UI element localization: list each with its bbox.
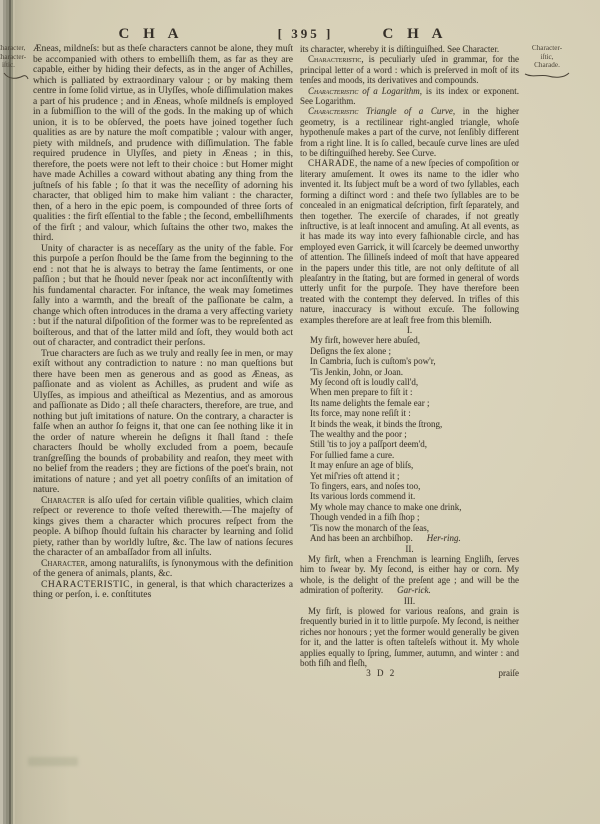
signature-mark: 3 D 2: [282, 668, 481, 678]
binding-edge: [0, 0, 15, 824]
charade-heading: I.: [300, 325, 519, 335]
paragraph: Characteristic of a Logarithm, is its in…: [300, 86, 519, 107]
paragraph-text: the name of a new ſpecies of compoſition…: [300, 158, 519, 324]
paragraph-lead: CHARACTERISTIC,: [41, 579, 133, 590]
poem-line: And has been an archbiſhop.Her-ring.: [310, 533, 519, 543]
page-footer: 3 D 2 praiſe: [300, 668, 519, 678]
ink-smudge: [28, 757, 78, 766]
margin-note-line: Charade.: [521, 61, 573, 70]
poem-line-text: And has been an archbiſhop.: [310, 533, 413, 543]
paragraph-lead: Triangle of a Curve,: [358, 106, 455, 116]
poem-line: When men prepare to fiſt it :: [310, 387, 519, 397]
catchword: praiſe: [499, 668, 520, 678]
margin-note-right: Character- iſtic, Charade.: [521, 44, 573, 80]
paragraph: Characteristic, is peculiarly uſed in gr…: [300, 54, 519, 85]
charade-heading: II.: [300, 544, 519, 554]
charade-poem: My firſt, however here abuſed, Deſigns t…: [300, 335, 519, 543]
poem-line: It may enſure an age of bliſs,: [310, 460, 519, 470]
paragraph-lead: Character: [41, 495, 85, 506]
paragraph: Characteristic Triangle of a Curve, in t…: [300, 106, 519, 158]
paragraph-text: its character, whereby it is diſtinguiſh…: [300, 44, 499, 54]
left-column: Æneas, mildneſs: but as theſe characters…: [33, 44, 293, 601]
paragraph: CHARADE, the name of a new ſpecies of co…: [300, 158, 519, 325]
poem-line: Yet miſ'ries oft attend it ;: [310, 471, 519, 481]
paragraph-text: Unity of character is as neceſſary as th…: [33, 243, 293, 349]
page-number: [ 395 ]: [258, 26, 353, 42]
poem-line: To fingers, ears, and noſes too,: [310, 481, 519, 491]
margin-note-left: Character, Character- iſtic.: [0, 44, 30, 81]
paragraph: True characters are ſuch as we truly and…: [33, 349, 293, 496]
poem-line: My ſecond oft is loudly call'd,: [310, 377, 519, 387]
margin-note-line: Character-: [0, 53, 30, 62]
brace-icon: [2, 71, 29, 81]
paragraph: Character, among naturaliſts, is ſynonym…: [33, 559, 293, 580]
paragraph-lead: of a Logarithm,: [358, 86, 422, 96]
poem-line: Its various lords commend it.: [310, 491, 519, 501]
paragraph: My firſt, is plowed for various reaſons,…: [300, 606, 519, 668]
paragraph-lead: CHARADE,: [308, 158, 358, 168]
paragraph: Character is alſo uſed for certain viſib…: [33, 496, 293, 559]
right-column: its character, whereby it is diſtinguiſh…: [300, 44, 519, 679]
paragraph-text: My firſt, is plowed for various reaſons,…: [300, 606, 519, 668]
poem-line: My whole may chance to make one drink,: [310, 502, 519, 512]
paragraph-lead: Character,: [41, 558, 88, 569]
margin-note-line: Character,: [0, 44, 30, 53]
paragraph-text: True characters are ſuch as we truly and…: [33, 348, 293, 496]
poem-line: In Cambria, ſuch is cuſtom's pow'r,: [310, 356, 519, 366]
margin-note-line: Character-: [521, 44, 573, 53]
poem-line: The wealthy and the poor ;: [310, 429, 519, 439]
poem-line: 'Tis now the monarch of the ſeas,: [310, 523, 519, 533]
running-title-left: C H A: [86, 26, 216, 43]
paragraph-lead: Characteristic: [308, 86, 358, 96]
charade-heading: III.: [300, 596, 519, 606]
charade-answer: Her-ring.: [427, 533, 461, 543]
paragraph-lead: Characteristic,: [308, 54, 364, 64]
poem-line: For ſullied fame a cure.: [310, 450, 519, 460]
margin-note-line: iſtic.: [2, 61, 30, 70]
paragraph-text: Æneas, mildneſs: but as theſe characters…: [33, 43, 293, 243]
poem-line: 'Tis Jenkin, John, or Joan.: [310, 367, 519, 377]
poem-line: Still 'tis to joy a paſſport deem'd,: [310, 439, 519, 449]
paragraph: its character, whereby it is diſtinguiſh…: [300, 44, 519, 54]
charade-answer: Gar-rick.: [397, 585, 431, 595]
brace-icon: [523, 71, 571, 80]
page-header: C H A [ 395 ] C H A: [0, 26, 600, 44]
book-page: C H A [ 395 ] C H A Character, Character…: [0, 0, 600, 824]
poem-line: My firſt, however here abuſed,: [310, 335, 519, 345]
paragraph: Unity of character is as neceſſary as th…: [33, 244, 293, 349]
poem-line: It binds the weak, it binds the ſtrong,: [310, 419, 519, 429]
poem-line: Its force, may none reſiſt it :: [310, 408, 519, 418]
paragraph-text: is alſo uſed for certain viſible qualiti…: [33, 495, 293, 559]
paragraph: CHARACTERISTIC, in general, is that whic…: [33, 580, 293, 601]
poem-line: Its name delights the female ear ;: [310, 398, 519, 408]
paragraph: Æneas, mildneſs: but as theſe characters…: [33, 44, 293, 244]
margin-note-line: iſtic,: [521, 53, 573, 62]
paragraph-lead: Characteristic: [308, 106, 358, 116]
running-title-right: C H A: [350, 26, 480, 43]
poem-line: Deſigns the ſex alone ;: [310, 346, 519, 356]
poem-line: Though vended in a fiſh ſhop ;: [310, 512, 519, 522]
paragraph: My firſt, when a Frenchman is learning E…: [300, 554, 519, 596]
